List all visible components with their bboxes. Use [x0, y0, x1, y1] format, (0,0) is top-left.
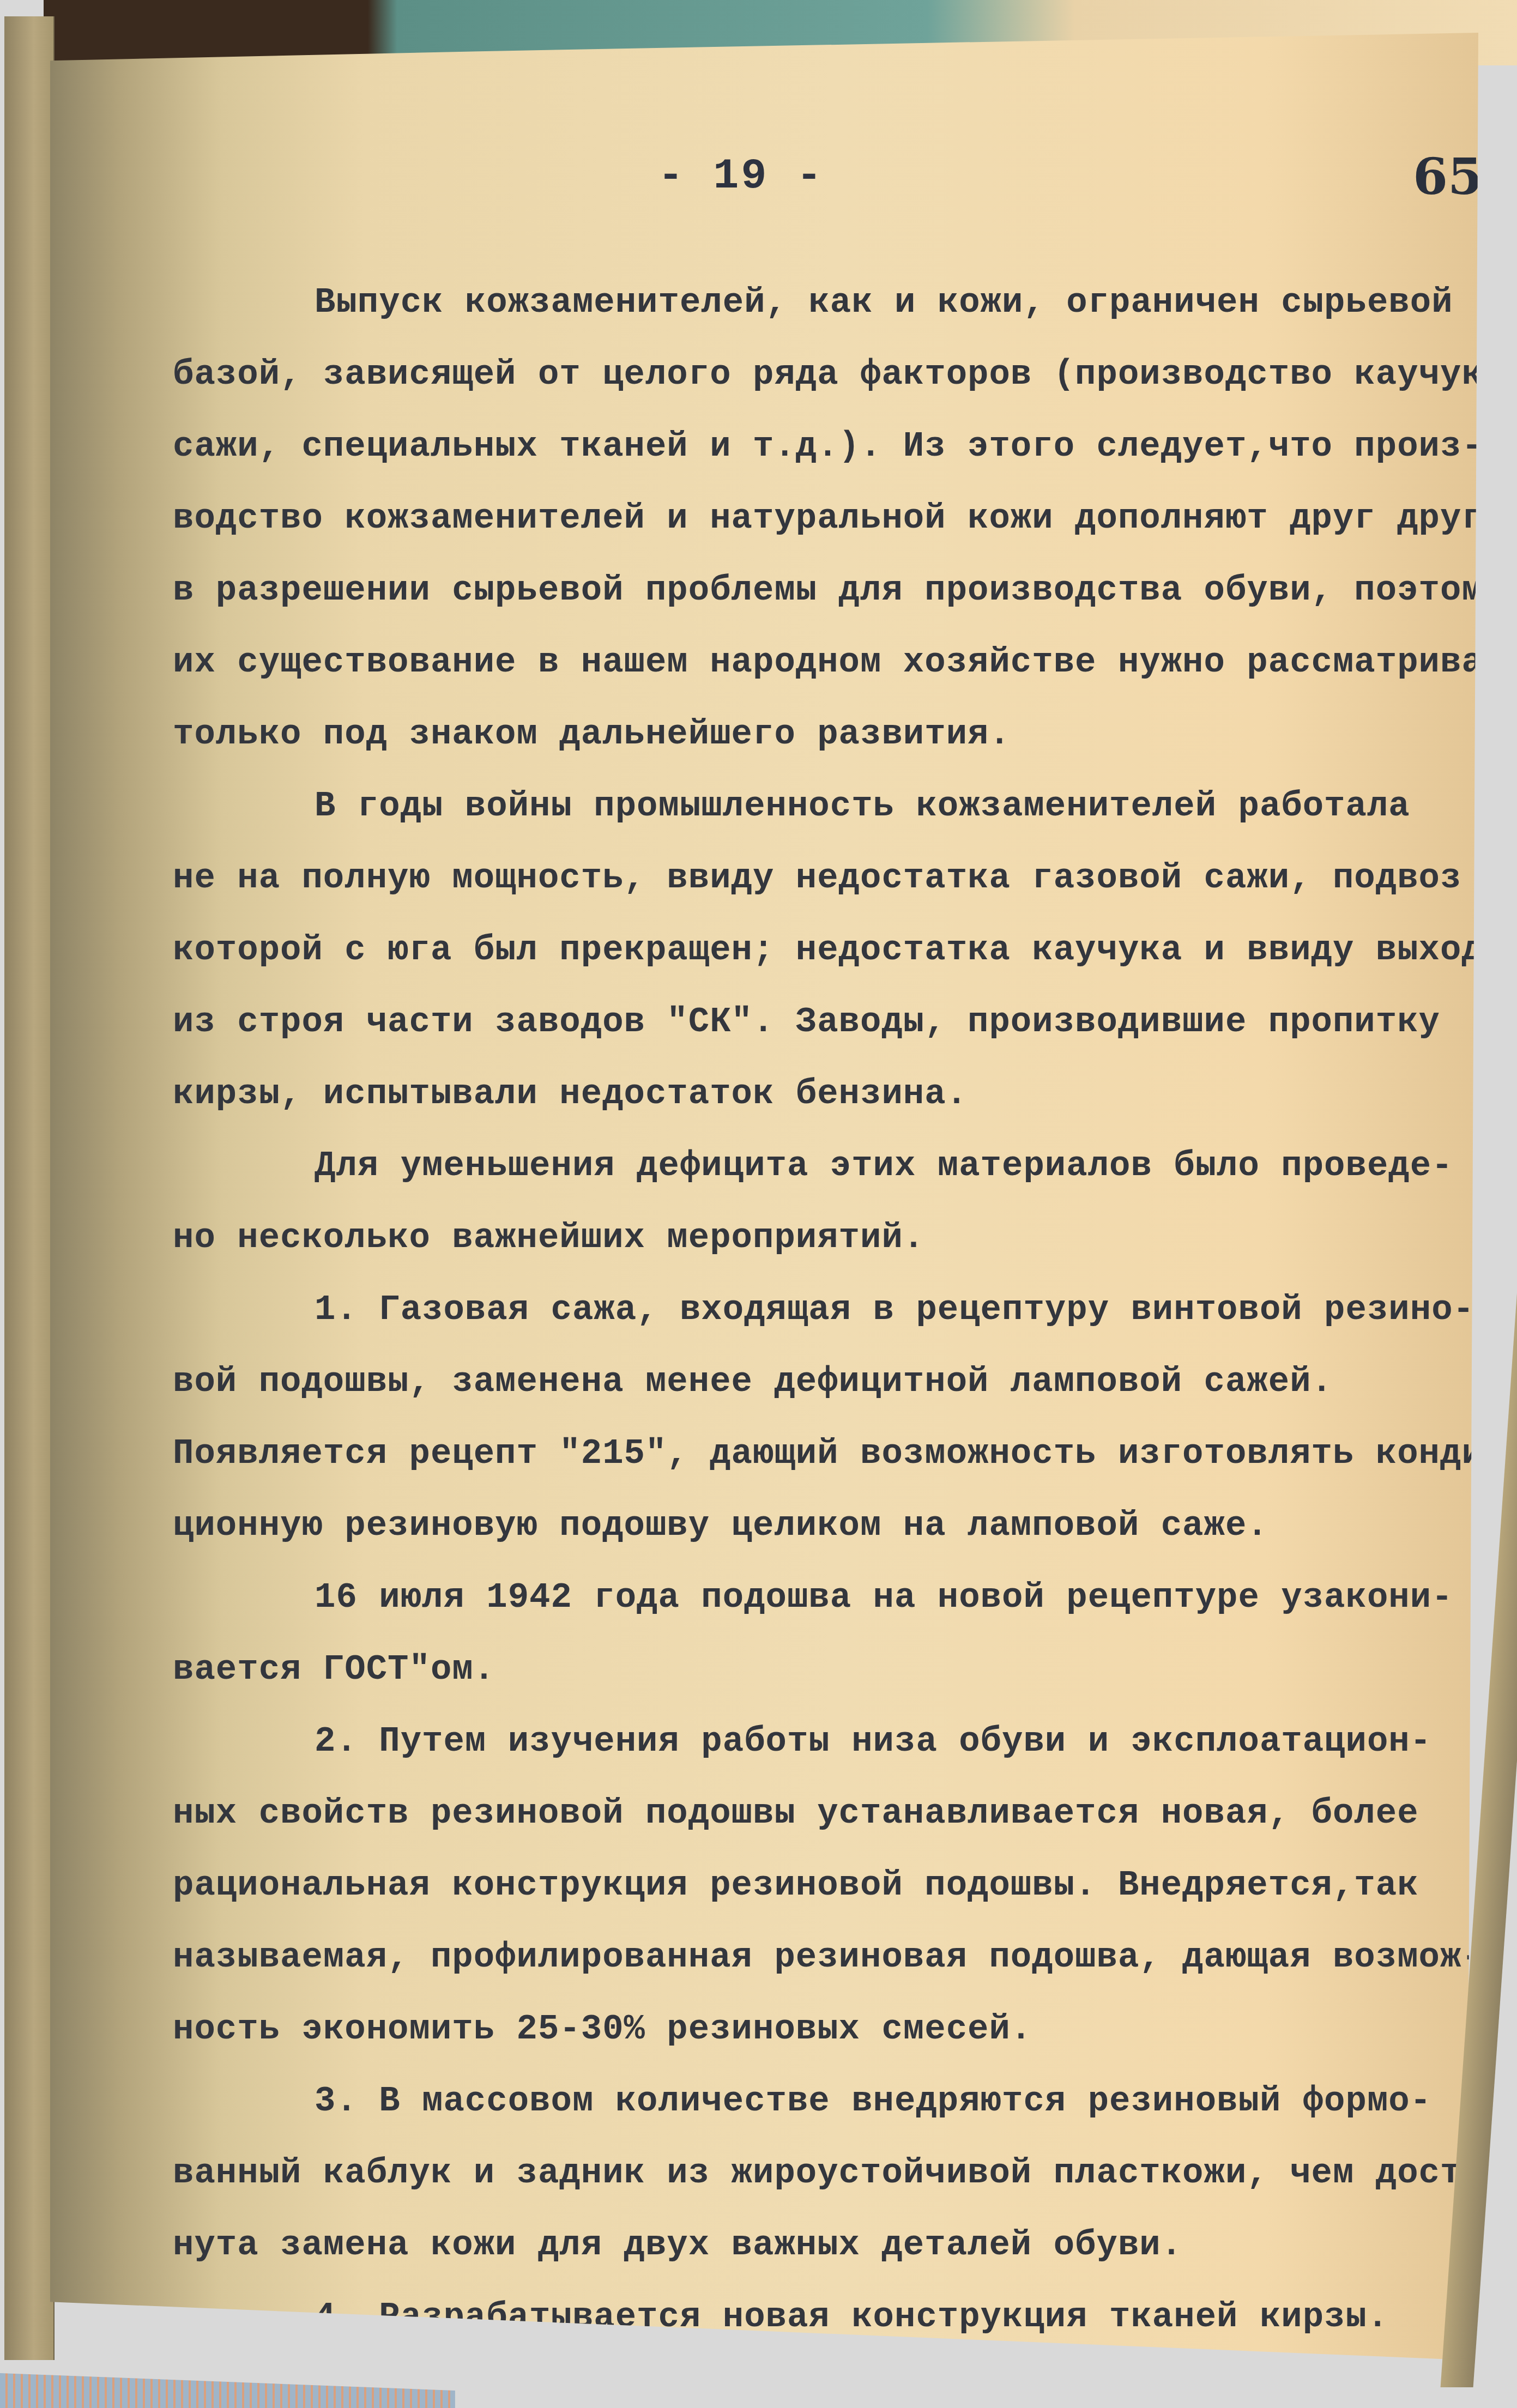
text-line: сажи, специальных тканей и т.д.). Из это… [173, 411, 1517, 483]
page-number: - 19 - [658, 153, 824, 201]
text-line: рациональная конструкция резиновой подош… [173, 1850, 1517, 1922]
text-line: их существование в нашем народном хозяйс… [173, 627, 1517, 699]
text-line: которой с юга был прекращен; недостатка … [173, 915, 1517, 987]
text-line: водство кожзаменителей и натуральной кож… [173, 483, 1517, 555]
text-line: ных свойств резиновой подошвы устанавлив… [173, 1778, 1517, 1850]
striped-cloth-background [0, 2364, 1517, 2408]
text-line: но несколько важнейших мероприятий. [173, 1202, 1517, 1274]
text-line: кирзы, испытывали недостаток бензина. [173, 1058, 1517, 1130]
text-line: ванный каблук и задник из жироустойчивой… [173, 2138, 1517, 2210]
text-line: ность экономить 25-30% резиновых смесей. [173, 1994, 1517, 2066]
text-line: в разрешении сырьевой проблемы для произ… [173, 555, 1517, 627]
text-line: не на полную мощность, ввиду недостатка … [173, 843, 1517, 915]
text-line: 1. Газовая сажа, входящая в рецептуру ви… [173, 1274, 1517, 1346]
text-line: 4. Разрабатывается новая конструкция тка… [173, 2282, 1517, 2353]
text-line: В годы войны промышленность кожзаменител… [173, 771, 1517, 843]
text-line: базой, зависящей от целого ряда факторов… [173, 339, 1517, 411]
text-line: вой подошвы, заменена менее дефицитной л… [173, 1346, 1517, 1418]
typewritten-page: - 19 - 65 Выпуск кожзаменителей, как и к… [50, 33, 1478, 2360]
text-line: из строя части заводов "СК". Заводы, про… [173, 987, 1517, 1058]
text-line: нута замена кожи для двух важных деталей… [173, 2210, 1517, 2282]
text-line: 2. Путем изучения работы низа обуви и эк… [173, 1706, 1517, 1778]
underlying-page-edge [4, 16, 55, 2360]
text-line: вается ГОСТ"ом. [173, 1634, 1517, 1706]
text-line: 16 июля 1942 года подошва на новой рецеп… [173, 1562, 1517, 1634]
text-line: Появляется рецепт "215", дающий возможно… [173, 1418, 1517, 1490]
sheet-number: 65 [1413, 147, 1483, 206]
text-line: ционную резиновую подошву целиком на лам… [173, 1490, 1517, 1562]
text-line: только под знаком дальнейшего развития. [173, 699, 1517, 771]
text-line: Для уменьшения дефицита этих материалов … [173, 1130, 1517, 1202]
text-line: называемая, профилированная резиновая по… [173, 1922, 1517, 1994]
text-line: Выпуск кожзаменителей, как и кожи, огран… [173, 267, 1517, 339]
body-text: Выпуск кожзаменителей, как и кожи, огран… [173, 267, 1517, 2353]
text-line: 3. В массовом количестве внедряются рези… [173, 2066, 1517, 2138]
page-header: - 19 - 65 [50, 153, 1478, 218]
